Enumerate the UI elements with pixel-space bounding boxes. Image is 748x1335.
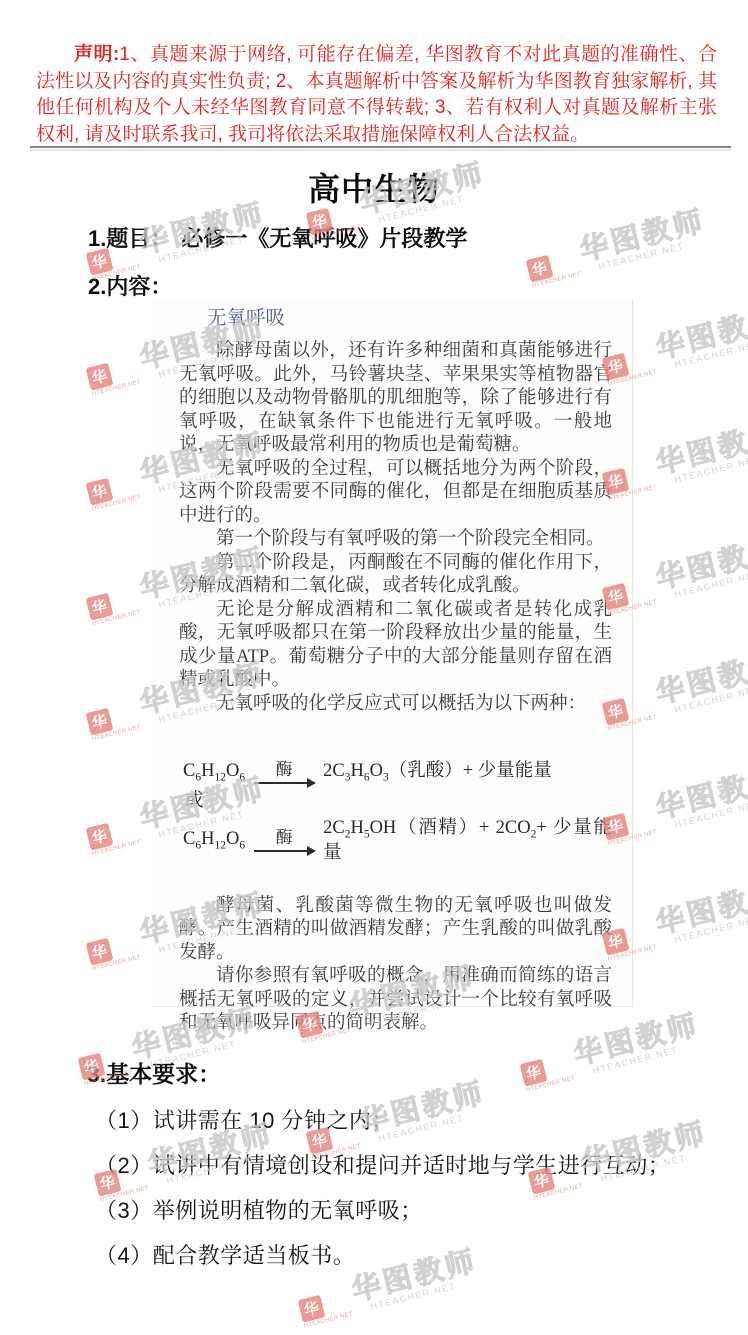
reaction-arrow: 酶: [254, 761, 314, 784]
reaction-arrow: 酶: [254, 829, 314, 852]
watermark-brand: 华图教师: [349, 1246, 481, 1307]
watermark-domain: HTEACHER.NET: [598, 235, 711, 272]
watermark-text: 华图教师HTEACHER.NET: [653, 764, 748, 833]
watermark-domain: HTEACHER.NET: [674, 678, 748, 715]
watermark-logo: 华HTEACHER.NET: [295, 1278, 353, 1329]
watermark-logo-caption: HTEACHER.NET: [91, 724, 141, 742]
watermark-domain: HTEACHER.NET: [592, 1039, 705, 1076]
huatu-logo-icon: 华: [86, 823, 114, 851]
reaction-equations: C6H12O6酶2C3H6O3（乳酸）+ 少量能量 或 C6H12O6酶2C2H…: [183, 760, 612, 865]
watermark-logo-caption: HTEACHER.NET: [533, 1183, 583, 1201]
watermark-text: 华图教师HTEACHER.NET: [653, 649, 748, 718]
huatu-logo-icon: 华: [86, 593, 114, 621]
requirement-item: （3）举例说明植物的无氧呼吸；: [95, 1194, 423, 1225]
disclaimer-text: 1、真题来源于网络, 可能存在偏差, 华图教育不对此真题的准确性、合法性以及内容…: [36, 44, 717, 145]
huatu-logo-icon: 华: [86, 938, 114, 966]
content-heading: 2.内容：: [88, 270, 172, 301]
watermark-domain: HTEACHER.NET: [674, 563, 748, 600]
textbook-paragraph: 请你参照有氧呼吸的概念，用准确而简练的语言概括无氧呼吸的定义，并尝试设计一个比较…: [179, 965, 612, 1036]
watermark-domain: HTEACHER.NET: [370, 1275, 483, 1312]
formula-fragment: 2C3H6O3（乳酸）+ 少量能量: [323, 760, 552, 785]
watermark-logo: 华HTEACHER.NET: [83, 806, 141, 857]
watermark-brand: 华图教师: [653, 649, 748, 710]
catalyst-label: 酶: [276, 761, 293, 779]
textbook-paragraph: 第一个阶段与有氧呼吸的第一个阶段完全相同。: [179, 528, 612, 552]
requirement-item: （1）试讲需在 10 分钟之内；: [95, 1104, 394, 1135]
huatu-logo-icon: 华: [298, 1295, 326, 1323]
topic-heading: 1.题目：必修一《无氧呼吸》片段教学: [88, 222, 467, 253]
watermark-brand: 华图教师: [577, 206, 709, 267]
textbook-paragraph: 无氧呼吸的化学反应式可以概括为以下两种：: [179, 693, 612, 717]
topic-text: 必修一《无氧呼吸》片段教学: [181, 226, 467, 251]
disclaimer-label: 声明:: [74, 44, 119, 65]
equation-lactic-acid: C6H12O6酶2C3H6O3（乳酸）+ 少量能量: [183, 760, 612, 785]
watermark-domain: HTEACHER.NET: [674, 448, 748, 485]
equation-alcohol: C6H12O6酶2C2H5OH（酒精）+ 2CO2+ 少量能量: [183, 817, 612, 865]
watermark-logo: 华HTEACHER.NET: [517, 1042, 575, 1093]
watermark-brand: 华图教师: [653, 304, 748, 365]
watermark-domain: HTEACHER.NET: [674, 793, 748, 830]
watermark-domain: HTEACHER.NET: [378, 1107, 491, 1144]
watermark-logo: 华HTEACHER.NET: [83, 691, 141, 742]
disclaimer: 声明:1、真题来源于网络, 可能存在偏差, 华图教育不对此真题的准确性、合法性以…: [36, 42, 717, 148]
huatu-logo-icon: 华: [86, 363, 114, 391]
huatu-logo-icon: 华: [520, 1059, 548, 1087]
watermark-logo: 华HTEACHER.NET: [83, 461, 141, 512]
requirement-item: （2）试讲中有情境创设和提问并适时地与学生进行互动；: [95, 1149, 670, 1180]
textbook-paragraph: 无论是分解成酒精和二氧化碳或者是转化成乳酸，无氧呼吸都只在第一阶段释放出少量的能…: [179, 599, 612, 693]
section-divider: [30, 146, 731, 151]
formula-fragment: C6H12O6: [183, 828, 245, 853]
watermark-domain: HTEACHER.NET: [674, 333, 748, 370]
huatu-watermark: 华HTEACHER.NET华图教师HTEACHER.NET: [523, 206, 711, 289]
watermark-logo-caption: HTEACHER.NET: [91, 379, 141, 397]
arrow-shaft: [254, 850, 314, 852]
watermark-logo-caption: HTEACHER.NET: [531, 271, 581, 289]
watermark-logo: 华HTEACHER.NET: [83, 346, 141, 397]
watermark-text: 华图教师HTEACHER.NET: [653, 304, 748, 373]
equation-connector: 或: [185, 790, 612, 814]
watermark-text: 华图教师HTEACHER.NET: [653, 419, 748, 488]
watermark-logo: 华HTEACHER.NET: [523, 238, 581, 289]
textbook-heading: 无氧呼吸: [207, 307, 612, 331]
watermark-brand: 华图教师: [653, 764, 748, 825]
formula-fragment: 2C2H5OH（酒精）+ 2CO2+ 少量能量: [323, 817, 612, 865]
watermark-logo-caption: HTEACHER.NET: [91, 839, 141, 857]
watermark-text: 华图教师HTEACHER.NET: [577, 206, 711, 275]
watermark-logo-caption: HTEACHER.NET: [91, 954, 141, 972]
watermark-text: 华图教师HTEACHER.NET: [653, 879, 748, 948]
requirements-heading: 3.基本要求：: [87, 1056, 221, 1089]
exam-document-page: 华HTEACHER.NET华图教师HTEACHER.NET华HTEACHER.N…: [0, 0, 748, 1335]
watermark-domain: HTEACHER.NET: [674, 908, 748, 945]
watermark-logo-caption: HTEACHER.NET: [91, 609, 141, 627]
huatu-logo-icon: 华: [526, 255, 554, 283]
watermark-logo-caption: HTEACHER.NET: [525, 1075, 575, 1093]
textbook-paragraph: 除酵母菌以外，还有许多种细菌和真菌能够进行无氧呼吸。此外，马铃薯块茎、苹果果实等…: [179, 340, 612, 458]
watermark-logo-caption: HTEACHER.NET: [303, 1311, 353, 1329]
textbook-paragraph: 无氧呼吸的全过程，可以概括地分为两个阶段，这两个阶段需要不同酶的催化，但都是在细…: [179, 458, 612, 529]
huatu-logo-icon: 华: [86, 478, 114, 506]
textbook-scan: 无氧呼吸 除酵母菌以外，还有许多种细菌和真菌能够进行无氧呼吸。此外，马铃薯块茎、…: [152, 299, 633, 1007]
arrow-shaft: [254, 782, 314, 784]
watermark-logo: 华HTEACHER.NET: [83, 576, 141, 627]
watermark-logo: 华HTEACHER.NET: [83, 921, 141, 972]
topic-label: 1.题目：: [88, 226, 172, 251]
watermark-text: 华图教师HTEACHER.NET: [653, 534, 748, 603]
requirement-item: （4）配合教学适当板书。: [95, 1239, 355, 1270]
huatu-logo-icon: 华: [86, 708, 114, 736]
watermark-brand: 华图教师: [653, 419, 748, 480]
formula-fragment: C6H12O6: [183, 760, 245, 785]
textbook-paragraph: 第二个阶段是，丙酮酸在不同酶的催化作用下，分解成酒精和二氧化碳，或者转化成乳酸。: [179, 552, 612, 599]
watermark-brand: 华图教师: [653, 534, 748, 595]
watermark-text: 华图教师HTEACHER.NET: [349, 1246, 483, 1315]
watermark-brand: 华图教师: [653, 879, 748, 940]
page-title: 高中生物: [0, 164, 748, 210]
textbook-paragraph: 酵母菌、乳酸菌等微生物的无氧呼吸也叫做发酵。产生酒精的叫做酒精发酵；产生乳酸的叫…: [179, 895, 612, 966]
watermark-logo-caption: HTEACHER.NET: [91, 494, 141, 512]
catalyst-label: 酶: [276, 829, 293, 847]
